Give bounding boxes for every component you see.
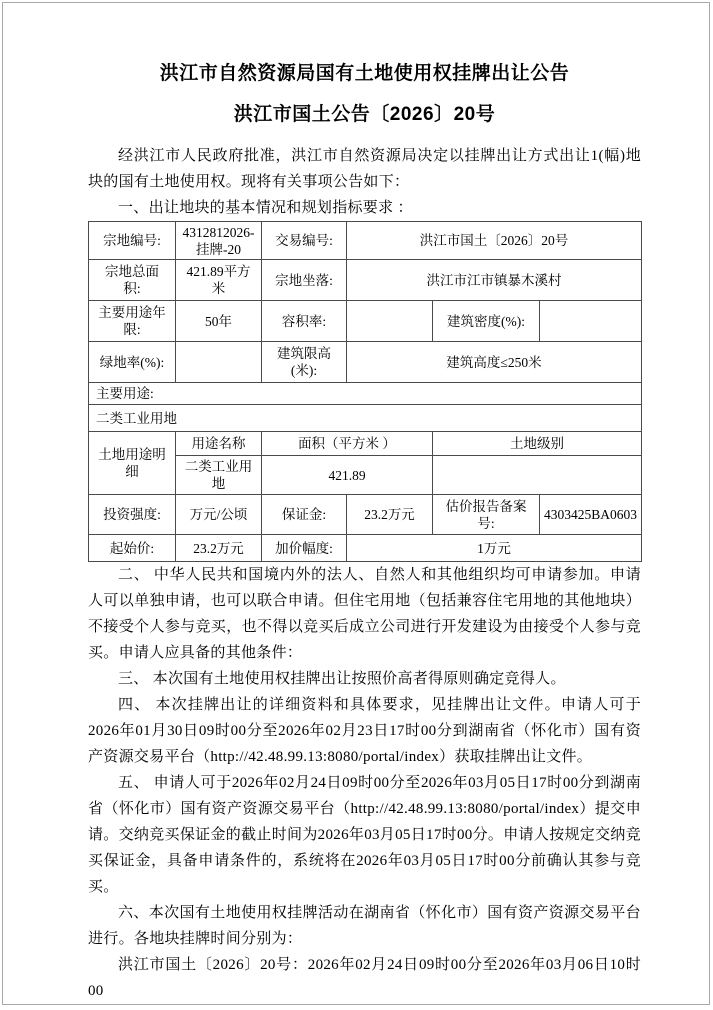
land-grade-value xyxy=(433,456,642,495)
deposit-label: 保证金: xyxy=(262,495,347,535)
location-value: 洪江市江市镇暴木溪村 xyxy=(347,260,642,301)
announcement-document: 洪江市自然资源局国有土地使用权挂牌出让公告 洪江市国土公告〔2026〕20号 经… xyxy=(88,0,641,1004)
use-name-value: 二类工业用地 xyxy=(176,456,262,495)
table-row: 宗地编号: 4312812026-挂牌-20 交易编号: 洪江市国土〔2026〕… xyxy=(89,222,642,260)
main-use-years-value: 50年 xyxy=(176,301,262,342)
total-area-value: 421.89平方米 xyxy=(176,260,262,301)
building-density-label: 建筑密度(%): xyxy=(433,301,540,342)
building-density-value xyxy=(540,301,642,342)
total-area-label: 宗地总面积: xyxy=(89,260,176,301)
parcel-number-label: 宗地编号: xyxy=(89,222,176,260)
main-use-label: 主要用途: xyxy=(89,383,642,405)
use-name-header: 用途名称 xyxy=(176,432,262,456)
green-rate-label: 绿地率(%): xyxy=(89,342,176,383)
use-detail-label: 土地用途明细 xyxy=(89,432,176,495)
table-row: 土地用途明细 用途名称 面积（平方米 ） 土地级别 xyxy=(89,432,642,456)
table-row: 宗地总面积: 421.89平方米 宗地坐落: 洪江市江市镇暴木溪村 xyxy=(89,260,642,301)
listing-time-paragraph: 洪江市国土〔2026〕20号：2026年02月24日09时00分至2026年03… xyxy=(88,952,641,1004)
table-row: 投资强度: 万元/公顷 保证金: 23.2万元 估价报告备案号: 4303425… xyxy=(89,495,642,535)
green-rate-value xyxy=(176,342,262,383)
increment-label: 加价幅度: xyxy=(262,535,347,562)
start-price-value: 23.2万元 xyxy=(176,535,262,562)
table-row: 主要用途: xyxy=(89,383,642,405)
height-limit-label: 建筑限高(米): xyxy=(262,342,347,383)
plot-ratio-value xyxy=(347,301,433,342)
section-6-paragraph: 六、本次国有土地使用权挂牌活动在湖南省（怀化市）国有资产资源交易平台进行。各地块… xyxy=(88,900,641,952)
investment-value: 万元/公顷 xyxy=(176,495,262,535)
section-4-paragraph: 四、 本次挂牌出让的详细资料和具体要求，见挂牌出让文件。申请人可于2026年01… xyxy=(88,692,641,770)
trade-number-label: 交易编号: xyxy=(262,222,347,260)
main-use-value: 二类工业用地 xyxy=(89,405,642,432)
increment-value: 1万元 xyxy=(347,535,642,562)
section-5-paragraph: 五、 申请人可于2026年02月24日09时00分至2026年03月05日17时… xyxy=(88,770,641,900)
table-row: 主要用途年限: 50年 容积率: 建筑密度(%): xyxy=(89,301,642,342)
parcel-number-value: 4312812026-挂牌-20 xyxy=(176,222,262,260)
table-row: 绿地率(%): 建筑限高(米): 建筑高度≤250米 xyxy=(89,342,642,383)
deposit-value: 23.2万元 xyxy=(347,495,433,535)
section-1-heading: 一、出让地块的基本情况和规划指标要求 ： xyxy=(88,195,641,221)
location-label: 宗地坐落: xyxy=(262,260,347,301)
appraisal-report-label: 估价报告备案号: xyxy=(433,495,540,535)
area-header: 面积（平方米 ） xyxy=(262,432,433,456)
use-area-value: 421.89 xyxy=(262,456,433,495)
height-limit-value: 建筑高度≤250米 xyxy=(347,342,642,383)
table-row: 二类工业用地 xyxy=(89,405,642,432)
plot-ratio-label: 容积率: xyxy=(262,301,347,342)
main-use-years-label: 主要用途年限: xyxy=(89,301,176,342)
section-3-paragraph: 三、 本次国有土地使用权挂牌出让按照价高者得原则确定竞得人。 xyxy=(88,666,641,692)
document-number-subtitle: 洪江市国土公告〔2026〕20号 xyxy=(88,103,641,127)
investment-label: 投资强度: xyxy=(89,495,176,535)
table-row: 起始价: 23.2万元 加价幅度: 1万元 xyxy=(89,535,642,562)
start-price-label: 起始价: xyxy=(89,535,176,562)
section-2-paragraph: 二、 中华人民共和国境内外的法人、自然人和其他组织均可申请参加。申请人可以单独申… xyxy=(88,562,641,666)
document-title: 洪江市自然资源局国有土地使用权挂牌出让公告 xyxy=(88,62,641,86)
appraisal-report-number: 4303425BA0603 xyxy=(540,495,642,535)
trade-number-value: 洪江市国土〔2026〕20号 xyxy=(347,222,642,260)
intro-paragraph: 经洪江市人民政府批准，洪江市自然资源局决定以挂牌出让方式出让1(幅)地块的国有土… xyxy=(88,143,641,195)
land-grade-header: 土地级别 xyxy=(433,432,642,456)
parcel-info-table: 宗地编号: 4312812026-挂牌-20 交易编号: 洪江市国土〔2026〕… xyxy=(88,221,642,562)
